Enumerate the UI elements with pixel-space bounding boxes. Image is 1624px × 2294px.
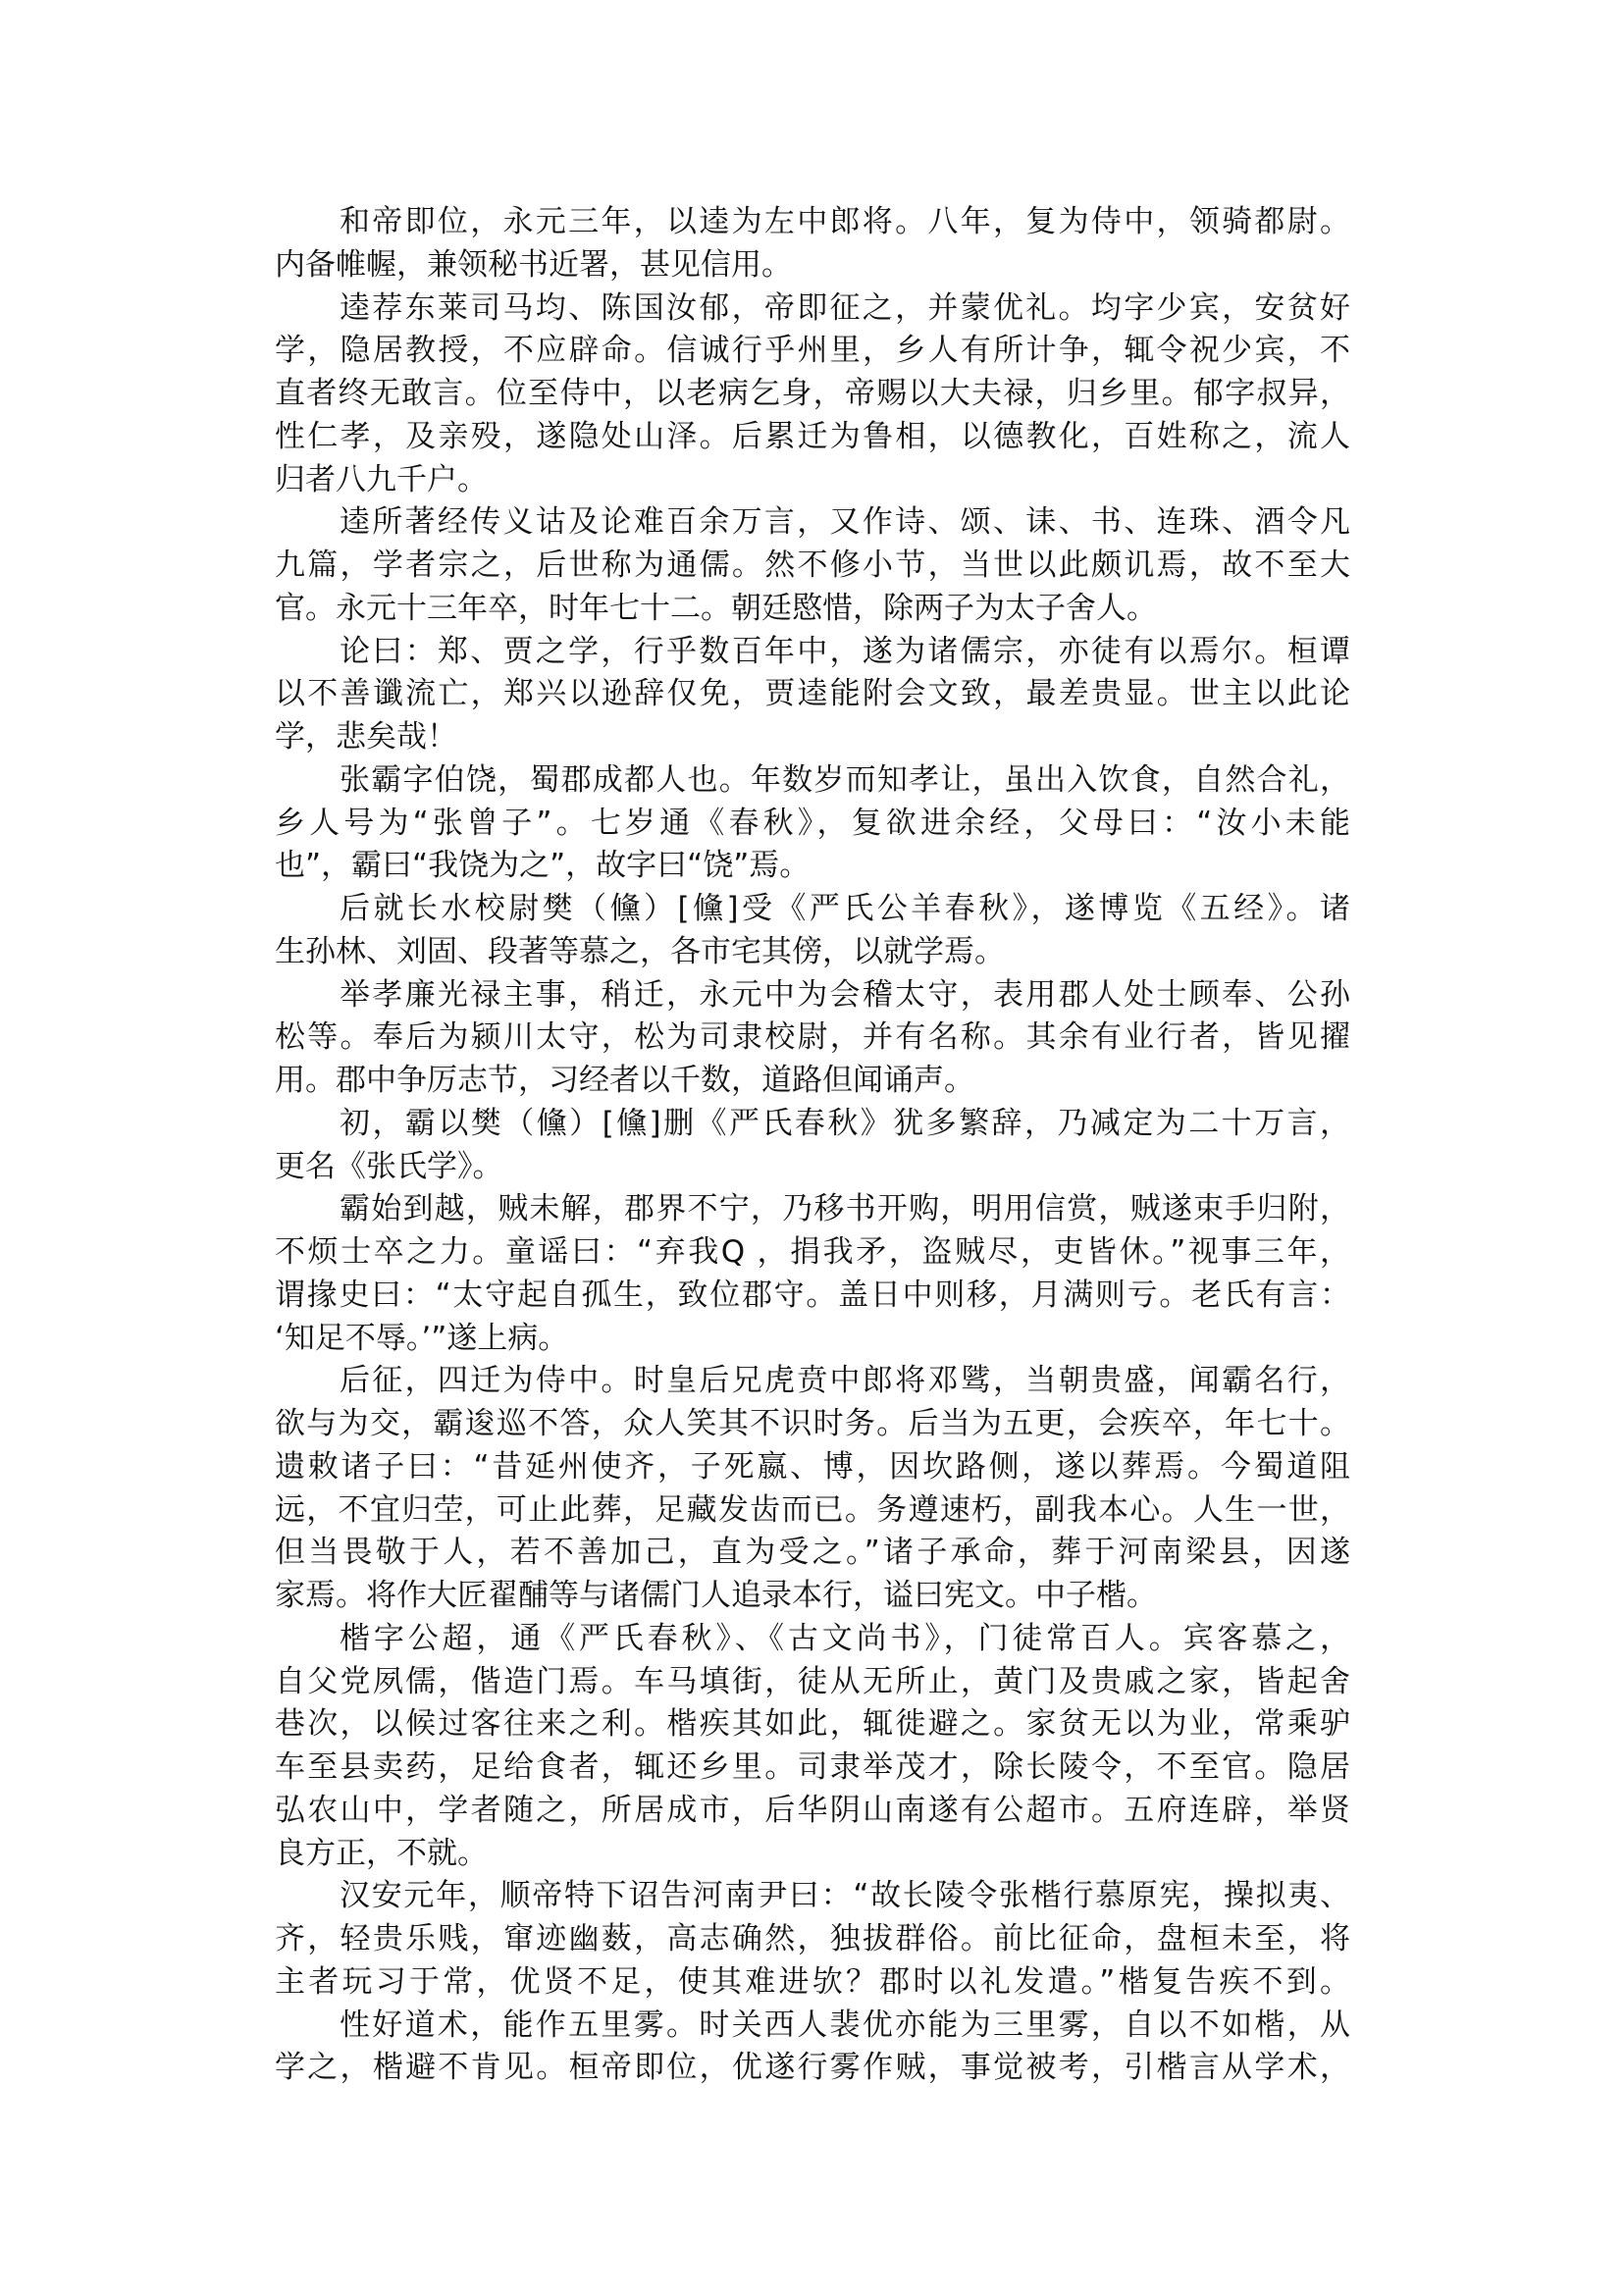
- text-line: 也”，霸曰“我饶为之”，故字曰“饶”焉。: [275, 845, 1350, 888]
- text-line: 遗敕诸子曰：“昔延州使齐，子死嬴、博，因坎路侧，遂以葬焉。今蜀道阻: [275, 1446, 1350, 1489]
- text-line: 逵荐东莱司马均、陈国汝郁，帝即征之，并蒙优礼。均字少宾，安贫好: [275, 287, 1350, 331]
- text-line: 直者终无敢言。位至侍中，以老病乞身，帝赐以大夫禄，归乡里。郁字叔异，: [275, 373, 1350, 416]
- text-line: 官。永元十三年卒，时年七十二。朝廷愍惜，除两子为太子舍人。: [275, 588, 1350, 631]
- text-line: 谓掾史曰：“太守起自孤生，致位郡守。盖日中则移，月满则亏。老氏有言：: [275, 1275, 1350, 1318]
- text-line: ‘知足不辱。’”遂上病。: [275, 1318, 1350, 1361]
- text-line: 归者八九千户。: [275, 459, 1350, 502]
- text-line: 后征，四迁为侍中。时皇后兄虎贲中郎将邓骘，当朝贵盛，闻霸名行，: [275, 1360, 1350, 1403]
- text-line: 但当畏敬于人，若不善加己，直为受之。”诸子承命，葬于河南梁县，因遂: [275, 1532, 1350, 1575]
- text-line: 张霸字伯饶，蜀郡成都人也。年数岁而知孝让，虽出入饮食，自然合礼，: [275, 759, 1350, 803]
- paragraph: 和帝即位，永元三年，以逵为左中郎将。八年，复为侍中，领骑都尉。内备帷幄，兼领秘书…: [275, 201, 1350, 287]
- text-line: 霸始到越，贼未解，郡界不宁，乃移书开购，明用信赏，贼遂束手归附，: [275, 1188, 1350, 1231]
- text-line: 性仁孝，及亲殁，遂隐处山泽。后累迁为鲁相，以德教化，百姓称之，流人: [275, 416, 1350, 459]
- paragraph: 逵荐东莱司马均、陈国汝郁，帝即征之，并蒙优礼。均字少宾，安贫好学，隐居教授，不应…: [275, 287, 1350, 502]
- paragraph: 逵所著经传义诂及论难百余万言，又作诗、颂、诔、书、连珠、酒令凡九篇，学者宗之，后…: [275, 501, 1350, 630]
- text-line: 自父党夙儒，偕造门焉。车马填街，徒从无所止，黄门及贵戚之家，皆起舍: [275, 1661, 1350, 1704]
- text-line: 生孙林、刘固、段著等慕之，各市宅其傍，以就学焉。: [275, 931, 1350, 974]
- text-line: 更名《张氏学》。: [275, 1146, 1350, 1189]
- text-line: 主者玩习于常，优贤不足，使其难进欤？郡时以礼发遣。”楷复告疾不到。: [275, 1961, 1350, 2005]
- paragraph: 初，霸以樊（儵）[儵]删《严氏春秋》犹多繁辞，乃减定为二十万言，更名《张氏学》。: [275, 1103, 1350, 1189]
- text-line: 论曰：郑、贾之学，行乎数百年中，遂为诸儒宗，亦徒有以焉尔。桓谭: [275, 631, 1350, 674]
- document-body: 和帝即位，永元三年，以逵为左中郎将。八年，复为侍中，领骑都尉。内备帷幄，兼领秘书…: [275, 201, 1350, 2090]
- paragraph: 后征，四迁为侍中。时皇后兄虎贲中郎将邓骘，当朝贵盛，闻霸名行，欲与为交，霸逡巡不…: [275, 1360, 1350, 1618]
- text-line: 学，隐居教授，不应辟命。信诚行乎州里，乡人有所计争，辄令祝少宾，不: [275, 330, 1350, 373]
- text-line: 九篇，学者宗之，后世称为通儒。然不修小节，当世以此颇讥焉，故不至大: [275, 545, 1350, 588]
- text-line: 和帝即位，永元三年，以逵为左中郎将。八年，复为侍中，领骑都尉。: [275, 201, 1350, 244]
- paragraph: 张霸字伯饶，蜀郡成都人也。年数岁而知孝让，虽出入饮食，自然合礼，乡人号为“张曾子…: [275, 759, 1350, 888]
- text-line: 学，悲矣哉！: [275, 716, 1350, 759]
- paragraph: 汉安元年，顺帝特下诏告河南尹曰：“故长陵令张楷行慕原宪，操拟夷、齐，轻贵乐贱，窜…: [275, 1875, 1350, 2004]
- text-line: 楷字公超，通《严氏春秋》、《古文尚书》，门徒常百人。宾客慕之，: [275, 1618, 1350, 1661]
- text-line: 汉安元年，顺帝特下诏告河南尹曰：“故长陵令张楷行慕原宪，操拟夷、: [275, 1875, 1350, 1918]
- text-line: 用。郡中争厉志节，习经者以千数，道路但闻诵声。: [275, 1060, 1350, 1103]
- text-line: 远，不宜归茔，可止此葬，足藏发齿而已。务遵速朽，副我本心。人生一世，: [275, 1489, 1350, 1533]
- paragraph: 后就长水校尉樊（儵）[儵]受《严氏公羊春秋》，遂博览《五经》。诸生孙林、刘固、段…: [275, 888, 1350, 974]
- document-page: 和帝即位，永元三年，以逵为左中郎将。八年，复为侍中，领骑都尉。内备帷幄，兼领秘书…: [0, 0, 1624, 2294]
- text-line: 后就长水校尉樊（儵）[儵]受《严氏公羊春秋》，遂博览《五经》。诸: [275, 888, 1350, 931]
- text-line: 以不善谶流亡，郑兴以逊辞仅免，贾逵能附会文致，最差贵显。世主以此论: [275, 673, 1350, 716]
- text-line: 学之，楷避不肯见。桓帝即位，优遂行雾作贼，事觉被考，引楷言从学术，: [275, 2047, 1350, 2090]
- text-line: 家焉。将作大匠翟酺等与诸儒门人追录本行，谥曰宪文。中子楷。: [275, 1575, 1350, 1618]
- text-line: 初，霸以樊（儵）[儵]删《严氏春秋》犹多繁辞，乃减定为二十万言，: [275, 1103, 1350, 1146]
- text-line: 性好道术，能作五里雾。时关西人裴优亦能为三里雾，自以不如楷，从: [275, 2005, 1350, 2048]
- paragraph: 霸始到越，贼未解，郡界不宁，乃移书开购，明用信赏，贼遂束手归附，不烦士卒之力。童…: [275, 1188, 1350, 1360]
- text-line: 内备帷幄，兼领秘书近署，甚见信用。: [275, 244, 1350, 287]
- text-line: 乡人号为“张曾子”。七岁通《春秋》，复欲进余经，父母曰：“汝小未能: [275, 803, 1350, 846]
- paragraph: 性好道术，能作五里雾。时关西人裴优亦能为三里雾，自以不如楷，从学之，楷避不肯见。…: [275, 2005, 1350, 2091]
- text-line: 逵所著经传义诂及论难百余万言，又作诗、颂、诔、书、连珠、酒令凡: [275, 501, 1350, 545]
- text-line: 松等。奉后为颍川太守，松为司隶校尉，并有名称。其余有业行者，皆见擢: [275, 1017, 1350, 1060]
- paragraph: 举孝廉光禄主事，稍迁，永元中为会稽太守，表用郡人处士顾奉、公孙松等。奉后为颍川太…: [275, 974, 1350, 1103]
- text-line: 良方正，不就。: [275, 1833, 1350, 1876]
- text-line: 弘农山中，学者随之，所居成市，后华阴山南遂有公超市。五府连辟，举贤: [275, 1790, 1350, 1833]
- text-line: 齐，轻贵乐贱，窜迹幽薮，高志确然，独拔群俗。前比征命，盘桓未至，将: [275, 1918, 1350, 1961]
- text-line: 欲与为交，霸逡巡不答，众人笑其不识时务。后当为五更，会疾卒，年七十。: [275, 1403, 1350, 1446]
- text-line: 举孝廉光禄主事，稍迁，永元中为会稽太守，表用郡人处士顾奉、公孙: [275, 974, 1350, 1017]
- text-line: 车至县卖药，足给食者，辄还乡里。司隶举茂才，除长陵令，不至官。隐居: [275, 1747, 1350, 1790]
- paragraph: 论曰：郑、贾之学，行乎数百年中，遂为诸儒宗，亦徒有以焉尔。桓谭以不善谶流亡，郑兴…: [275, 631, 1350, 759]
- text-line: 巷次，以候过客往来之利。楷疾其如此，辄徙避之。家贫无以为业，常乘驴: [275, 1703, 1350, 1747]
- paragraph: 楷字公超，通《严氏春秋》、《古文尚书》，门徒常百人。宾客慕之，自父党夙儒，偕造门…: [275, 1618, 1350, 1876]
- text-line: 不烦士卒之力。童谣曰：“弃我Q ，捐我矛，盗贼尽，吏皆休。”视事三年，: [275, 1231, 1350, 1275]
